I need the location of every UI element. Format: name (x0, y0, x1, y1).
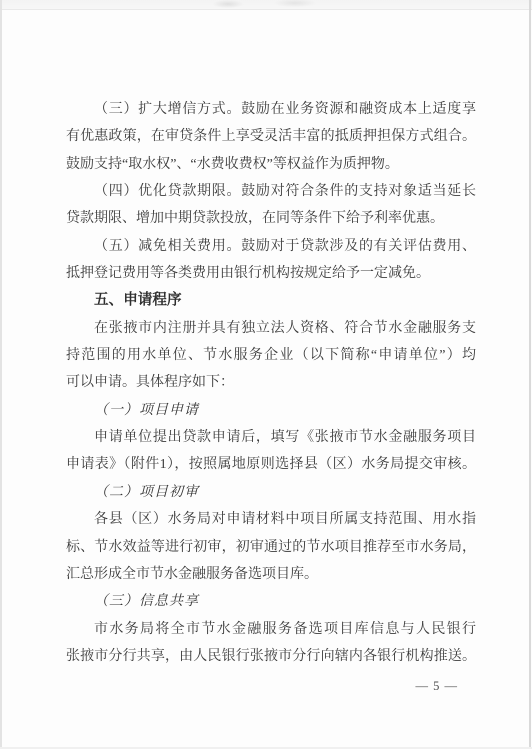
doc-line: 市水务局将全市节水金融服务备选项目库信息与人民银行 (66, 616, 476, 643)
scan-edge-top (0, 0, 532, 10)
subsection-heading: （三）信息共享 (66, 588, 476, 615)
section-heading: 五、申请程序 (66, 287, 476, 314)
doc-line: （三）扩大增信方式。鼓励在业务资源和融资成本上适度享 (66, 96, 476, 123)
doc-line: （四）优化贷款期限。鼓励对符合条件的支持对象适当延长 (66, 178, 476, 205)
doc-line: 持范围的用水单位、节水服务企业（以下简称“申请单位”）均 (66, 342, 476, 369)
scan-edge-right (529, 0, 531, 749)
doc-line: 鼓励支持“取水权”、“水费收费权”等权益作为质押物。 (66, 151, 476, 178)
doc-line: 可以申请。具体程序如下： (66, 369, 476, 396)
subsection-heading: （一）项目申请 (66, 397, 476, 424)
doc-line: 申请表》（附件1），按照属地原则选择县（区）水务局提交审核。 (66, 451, 476, 478)
doc-line: 标、节水效益等进行初审，初审通过的节水项目推荐至市水务局， (66, 534, 476, 561)
doc-line: 申请单位提出贷款申请后，填写《张掖市节水金融服务项目 (66, 424, 476, 451)
doc-line: （五）减免相关费用。鼓励对于贷款涉及的有关评估费用、 (66, 233, 476, 260)
document-body: （三）扩大增信方式。鼓励在业务资源和融资成本上适度享 有优惠政策，在审贷条件上享… (66, 96, 476, 670)
page-number: — 5 — (416, 678, 459, 694)
doc-line: 张掖市分行共享，由人民银行张掖市分行向辖内各银行机构推送。 (66, 643, 476, 670)
doc-line: 汇总形成全市节水金融服务备选项目库。 (66, 561, 476, 588)
doc-line: 有优惠政策，在审贷条件上享受灵活丰富的抵质押担保方式组合。 (66, 123, 476, 150)
doc-line: 各县（区）水务局对申请材料中项目所属支持范围、用水指 (66, 506, 476, 533)
scan-edge-left (0, 0, 2, 749)
doc-line: 抵押登记费用等各类费用由银行机构按规定给予一定减免。 (66, 260, 476, 287)
subsection-heading: （二）项目初审 (66, 479, 476, 506)
doc-line: 贷款期限、增加中期贷款投放，在同等条件下给予利率优惠。 (66, 205, 476, 232)
document-page: （三）扩大增信方式。鼓励在业务资源和融资成本上适度享 有优惠政策，在审贷条件上享… (0, 0, 532, 749)
doc-line: 在张掖市内注册并具有独立法人资格、符合节水金融服务支 (66, 315, 476, 342)
